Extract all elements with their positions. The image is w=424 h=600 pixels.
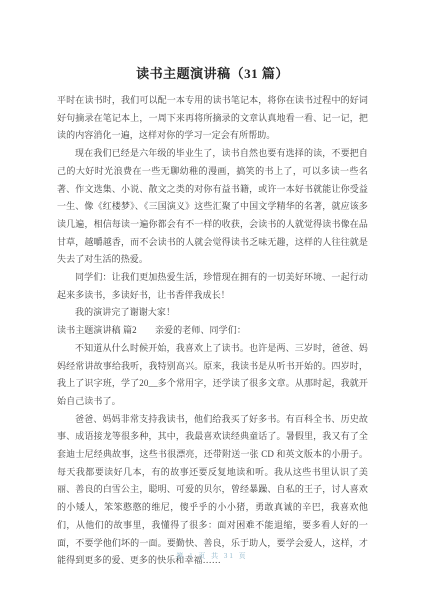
paragraph-reading-notes: 平时在读书时，我们可以配一本专用的读书笔记本，将你在读书过程中的好词好句摘录在笔… [57, 92, 368, 145]
page-number-indicator: 第 1 页 共 31 页 [176, 552, 247, 560]
document-title: 读书主题演讲稿（31 篇） [57, 63, 368, 82]
section-heading-part2: 读书主题演讲稿 篇2 亲爱的老师、同学们： [57, 322, 368, 340]
paragraph-how-i-started-reading: 不知道从什么时候开始，我喜欢上了读书。也许是两、三岁时，爸爸、妈妈经常讲故事给我… [57, 340, 368, 411]
paragraph-call-to-action: 同学们：让我们更加热爱生活，珍惜现在拥有的一切美好环境、一起行动起来多读书，多读… [57, 269, 368, 304]
paragraph-selective-reading: 现在我们已经是六年级的毕业生了，读书自然也要有选择的读，不要把自己的大好时光浪费… [57, 145, 368, 269]
paragraph-speech-closing: 我的演讲完了谢谢大家！ [57, 304, 368, 322]
page-footer: 第 1 页 共 31 页 [0, 545, 424, 563]
document-page: 读书主题演讲稿（31 篇） 平时在读书时，我们可以配一本专用的读书笔记本，将你在… [0, 0, 424, 600]
